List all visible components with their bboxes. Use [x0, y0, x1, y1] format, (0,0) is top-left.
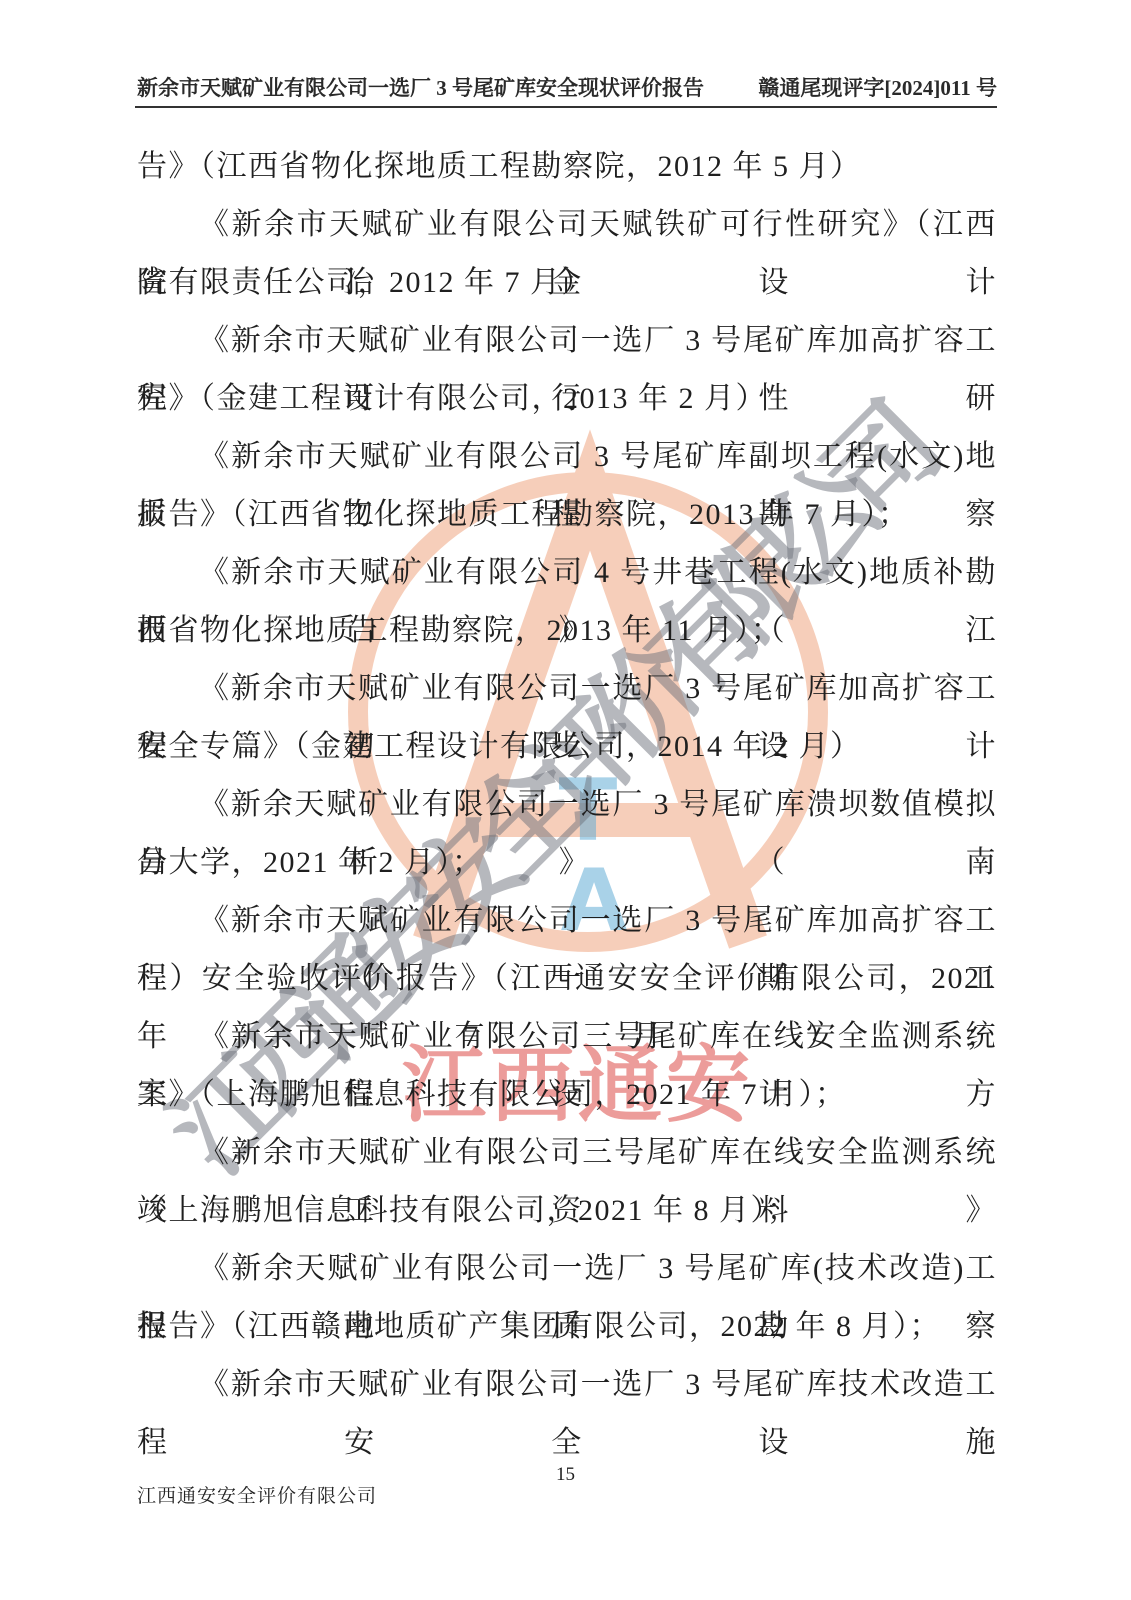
- header-rule: [135, 106, 997, 108]
- header-document-number: 赣通尾现评字[2024]011 号: [758, 72, 997, 102]
- body-line: 《新余天赋矿业有限公司一选厂 3 号尾矿库(技术改造)工程地质勘察: [137, 1240, 997, 1298]
- header-report-title: 新余市天赋矿业有限公司一选厂 3 号尾矿库安全现状评价报告: [137, 72, 704, 102]
- body-line: 《新余市天赋矿业有限公司一选厂 3 号尾矿库加高扩容工程初步设计: [137, 660, 997, 718]
- body-line: 《新余市天赋矿业有限公司 3 号尾矿库副坝工程(水文)地质工程勘察: [137, 428, 997, 486]
- body-line: 《新余市天赋矿业有限公司 4 号井巷工程(水文)地质补勘报告》（江: [137, 544, 997, 602]
- footer-company-name: 江西通安安全评价有限公司: [137, 1481, 377, 1508]
- body-line: 《新余市天赋矿业有限公司一选厂 3 号尾矿库加高扩容工程可行性研: [137, 312, 997, 370]
- body-line: 《新余市天赋矿业有限公司三号尾矿库在线安全监测系统工程设计方: [137, 1008, 997, 1066]
- page-content: 新余市天赋矿业有限公司一选厂 3 号尾矿库安全现状评价报告 赣通尾现评字[202…: [0, 0, 1131, 1600]
- document-page: T A 江西通安安全评价有限公司 江西通安 新余市天赋矿业有限公司一选厂 3 号…: [0, 0, 1131, 1600]
- body-line: 《新余市天赋矿业有限公司一选厂 3 号尾矿库技术改造工程安全设施: [137, 1356, 997, 1414]
- body-text: 告》（江西省物化探地质工程勘察院，2012 年 5 月）《新余市天赋矿业有限公司…: [137, 138, 997, 1414]
- body-line: 《新余市天赋矿业有限公司天赋铁矿可行性研究》（江西省冶金设计: [137, 196, 997, 254]
- body-line: 告》（江西省物化探地质工程勘察院，2012 年 5 月）: [137, 138, 997, 196]
- body-line: 《新余市天赋矿业有限公司一选厂 3 号尾矿库加高扩容工程（一期工: [137, 892, 997, 950]
- body-line: 程）安全验收评价报告》（江西通安安全评价有限公司，2021 年 7 月）；: [137, 950, 997, 1008]
- body-line: 《新余市天赋矿业有限公司三号尾矿库在线安全监测系统竣工资料》: [137, 1124, 997, 1182]
- body-line: 报告》（江西省物化探地质工程勘察院，2013 年 7 月）；: [137, 486, 997, 544]
- page-header: 新余市天赋矿业有限公司一选厂 3 号尾矿库安全现状评价报告 赣通尾现评字[202…: [137, 76, 997, 102]
- body-line: 《新余天赋矿业有限公司一选厂 3 号尾矿库溃坝数值模拟分析》（南: [137, 776, 997, 834]
- body-line: 报告》（江西赣南地质矿产集团有限公司，2022 年 8 月）；: [137, 1298, 997, 1356]
